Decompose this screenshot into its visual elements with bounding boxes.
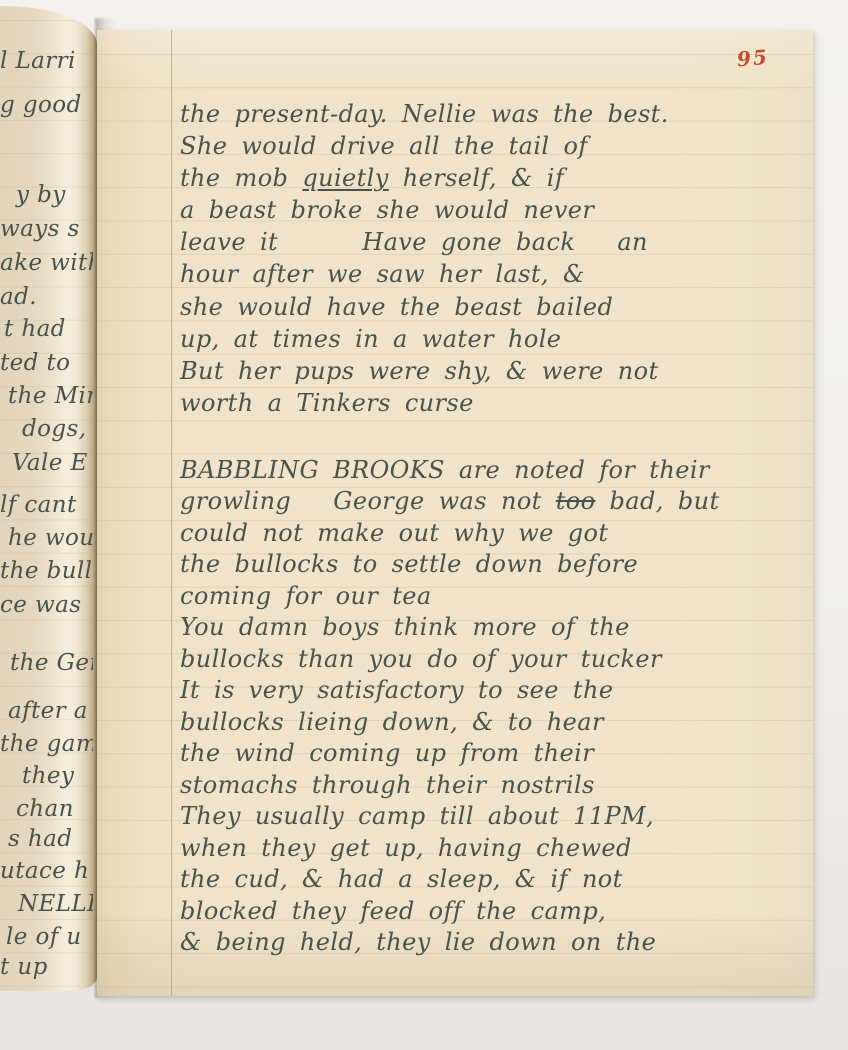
manuscript-line: & being held, they lie down on the <box>180 927 800 959</box>
manuscript-line: She would drive all the tail of <box>180 130 800 162</box>
manuscript-line: the cud, & had a sleep, & if not <box>180 864 800 896</box>
manuscript-line: a beast broke she would never <box>180 194 800 226</box>
manuscript-line: bullocks than you do of your tucker <box>180 644 800 676</box>
left-page-ruled-lines <box>0 6 97 991</box>
paragraph: the present-day. Nellie was the best.She… <box>180 98 800 419</box>
manuscript-line: when they get up, having chewed <box>180 833 800 865</box>
manuscript-line: the present-day. Nellie was the best. <box>180 98 800 130</box>
manuscript-line: worth a Tinkers curse <box>180 387 800 419</box>
manuscript-line: leave it Have gone back an <box>180 226 800 258</box>
manuscript-line: up, at times in a water hole <box>180 323 800 355</box>
manuscript-text: the present-day. Nellie was the best.She… <box>180 98 800 959</box>
manuscript-line: blocked they feed off the camp, <box>180 896 800 928</box>
manuscript-line: coming for our tea <box>180 581 800 613</box>
page-number: 95 <box>736 45 770 72</box>
manuscript-line: could not make out why we got <box>180 518 800 550</box>
manuscript-line: But her pups were shy, & were not <box>180 355 800 387</box>
manuscript-line: the mob quietly herself, & if <box>180 162 800 194</box>
manuscript-line: It is very satisfactory to see the <box>180 675 800 707</box>
manuscript-line: the wind coming up from their <box>180 738 800 770</box>
margin-rule <box>171 30 172 996</box>
photo-background: l Larrig goody byways sake withad.t hadt… <box>0 0 848 1050</box>
manuscript-line: They usually camp till about 11PM, <box>180 801 800 833</box>
right-page: 95 the present-day. Nellie was the best.… <box>97 30 813 996</box>
manuscript-line: she would have the beast bailed <box>180 291 800 323</box>
manuscript-line: You damn boys think more of the <box>180 612 800 644</box>
manuscript-line: BABBLING BROOKS are noted for their <box>180 455 800 487</box>
manuscript-line: bullocks lieing down, & to hear <box>180 707 800 739</box>
manuscript-line: growling George was not too bad, but <box>180 486 800 518</box>
manuscript-line: stomachs through their nostrils <box>180 770 800 802</box>
left-page <box>0 6 97 991</box>
paragraph: BABBLING BROOKS are noted for theirgrowl… <box>180 455 800 959</box>
manuscript-line: the bullocks to settle down before <box>180 549 800 581</box>
manuscript-line: hour after we saw her last, & <box>180 258 800 290</box>
